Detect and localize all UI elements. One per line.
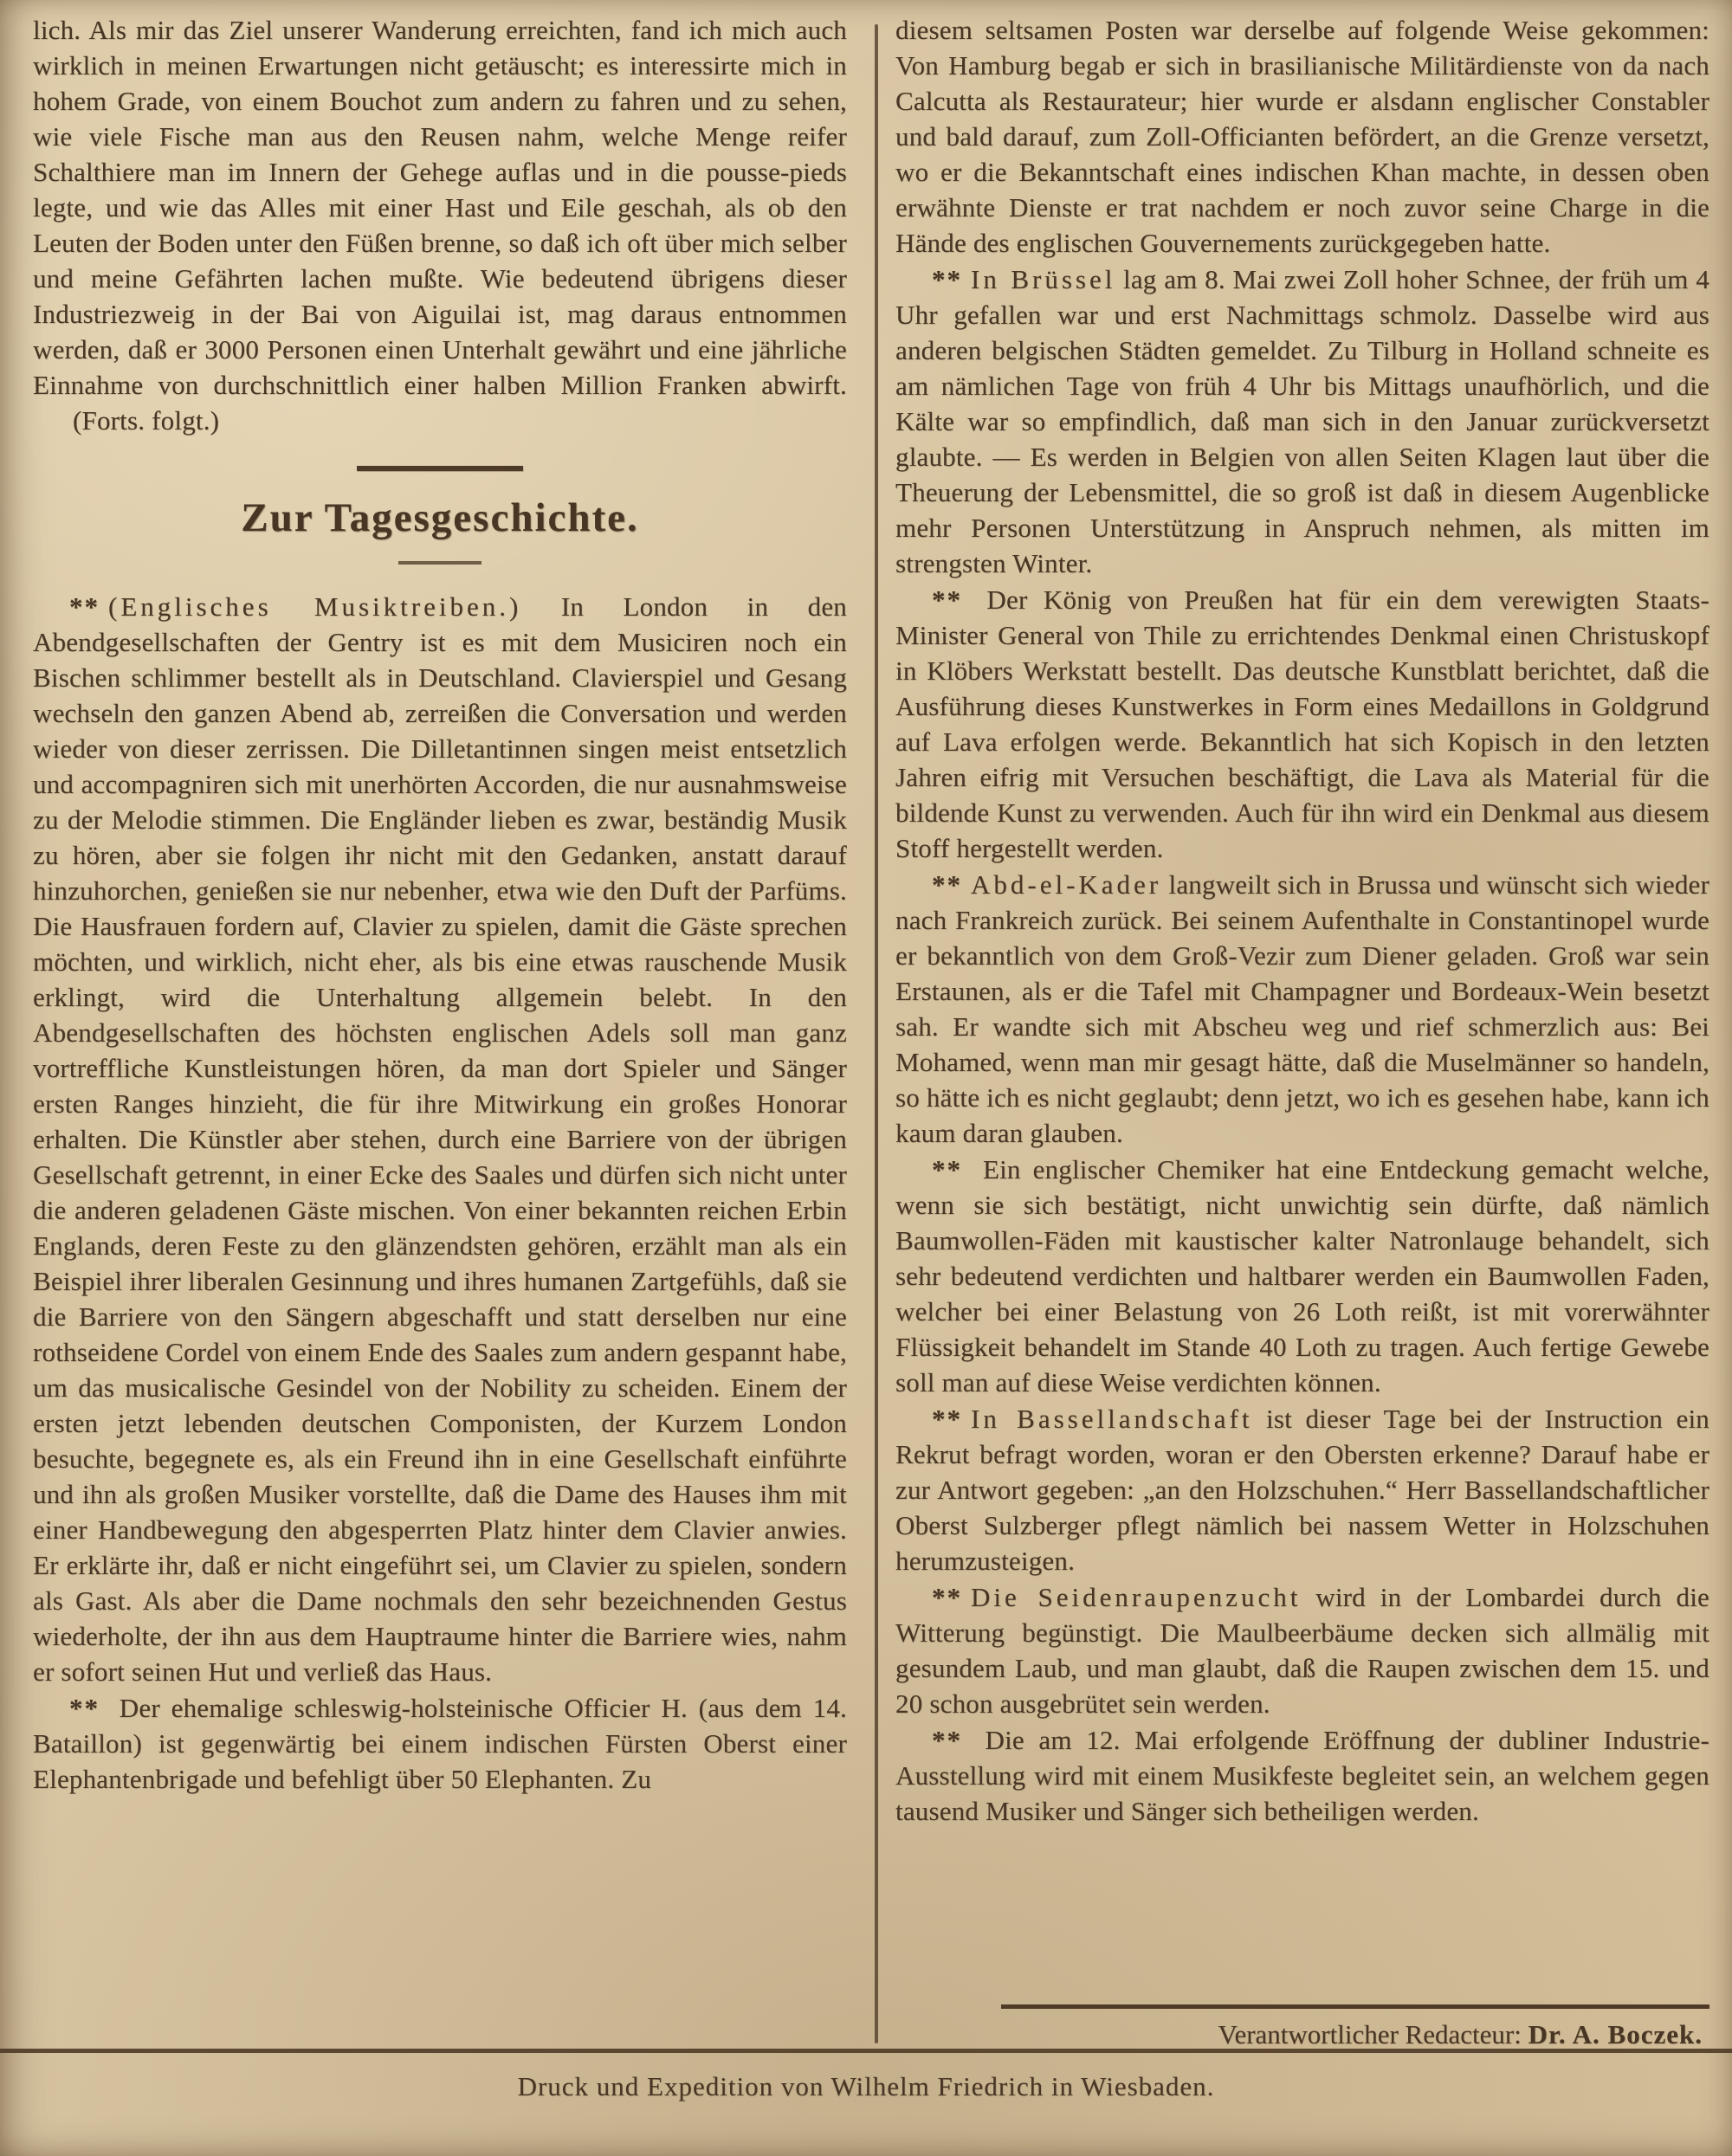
to-be-continued-note: (Forts. folgt.): [73, 405, 219, 436]
responsible-editor-line: Verantwortlicher Redacteur: Dr. A. Bocze…: [1001, 2004, 1709, 2052]
section-heading: Zur Tagesgeschichte.: [33, 495, 847, 540]
columns-container: lich. Als mir das Ziel unserer Wanderung…: [33, 12, 1709, 2052]
article-paragraph: **In Bassellandschaft ist dieser Tage be…: [895, 1401, 1709, 1578]
article-lead: In Bassellandschaft: [971, 1404, 1252, 1434]
continuation-paragraph: diesem seltsamen Posten war derselbe auf…: [895, 12, 1709, 261]
continuation-text: lich. Als mir das Ziel unserer Wanderung…: [33, 15, 847, 400]
article-marker: **: [69, 591, 100, 622]
heading-rule-bottom: [398, 561, 481, 565]
article-body: Der König von Preußen hat für ein dem ve…: [895, 584, 1709, 863]
article-lead: In Brüssel: [971, 264, 1115, 294]
article-marker: **: [932, 264, 962, 294]
article-body: Ein englischer Chemiker hat eine Entdeck…: [895, 1154, 1709, 1398]
imprint-line: Druck und Expedition von Wilhelm Friedri…: [0, 2069, 1732, 2104]
article-body: Der ehemalige schleswig-holsteinische Of…: [33, 1693, 847, 1794]
section-heading-block: Zur Tagesgeschichte.: [33, 461, 847, 573]
article-marker: **: [932, 584, 962, 615]
continuation-paragraph: lich. Als mir das Ziel unserer Wanderung…: [33, 12, 847, 438]
article-paragraph: ** Der ehemalige schleswig-holsteinische…: [33, 1690, 847, 1797]
responsible-editor-label: Verantwortlicher Redacteur:: [1218, 2019, 1522, 2049]
article-paragraph: ** Die am 12. Mai erfolgende Eröffnung d…: [895, 1722, 1709, 1829]
article-lead: Abd-el-Kader: [971, 869, 1161, 900]
continuation-text: diesem seltsamen Posten war derselbe auf…: [895, 15, 1709, 258]
article-paragraph: **Die Seidenraupenzucht wird in der Lomb…: [895, 1579, 1709, 1721]
newspaper-page: lich. Als mir das Ziel unserer Wanderung…: [0, 0, 1732, 2156]
article-lead: Die Seidenraupenzucht: [971, 1582, 1301, 1612]
article-marker: **: [932, 869, 962, 900]
responsible-editor-name: Dr. A. Boczek.: [1528, 2019, 1703, 2049]
article-body: lag am 8. Mai zwei Zoll hoher Schnee, de…: [895, 264, 1709, 578]
article-marker: **: [932, 1404, 962, 1434]
left-column: lich. Als mir das Ziel unserer Wanderung…: [33, 12, 847, 2052]
article-paragraph: **In Brüssel lag am 8. Mai zwei Zoll hoh…: [895, 261, 1709, 581]
article-marker: **: [932, 1582, 962, 1612]
article-body: Die am 12. Mai erfolgende Eröffnung der …: [895, 1725, 1709, 1826]
article-paragraph: **Abd-el-Kader langweilt sich in Brussa …: [895, 867, 1709, 1151]
article-paragraph: ** Der König von Preußen hat für ein dem…: [895, 582, 1709, 866]
article-paragraph: **(Englisches Musiktreiben.) In London i…: [33, 589, 847, 1689]
article-marker: **: [69, 1693, 100, 1723]
article-body: In London in den Abendgesellschaften der…: [33, 591, 847, 1687]
heading-rule-top: [357, 466, 523, 471]
article-marker: **: [932, 1725, 962, 1755]
article-marker: **: [932, 1154, 962, 1185]
footer-rule: [0, 2049, 1732, 2053]
article-paragraph: ** Ein englischer Chemiker hat eine Entd…: [895, 1152, 1709, 1400]
article-lead: (Englisches Musiktreiben.): [108, 591, 521, 622]
article-body: langweilt sich in Brussa und wünscht sic…: [895, 869, 1709, 1148]
right-column: diesem seltsamen Posten war derselbe auf…: [895, 12, 1709, 2052]
